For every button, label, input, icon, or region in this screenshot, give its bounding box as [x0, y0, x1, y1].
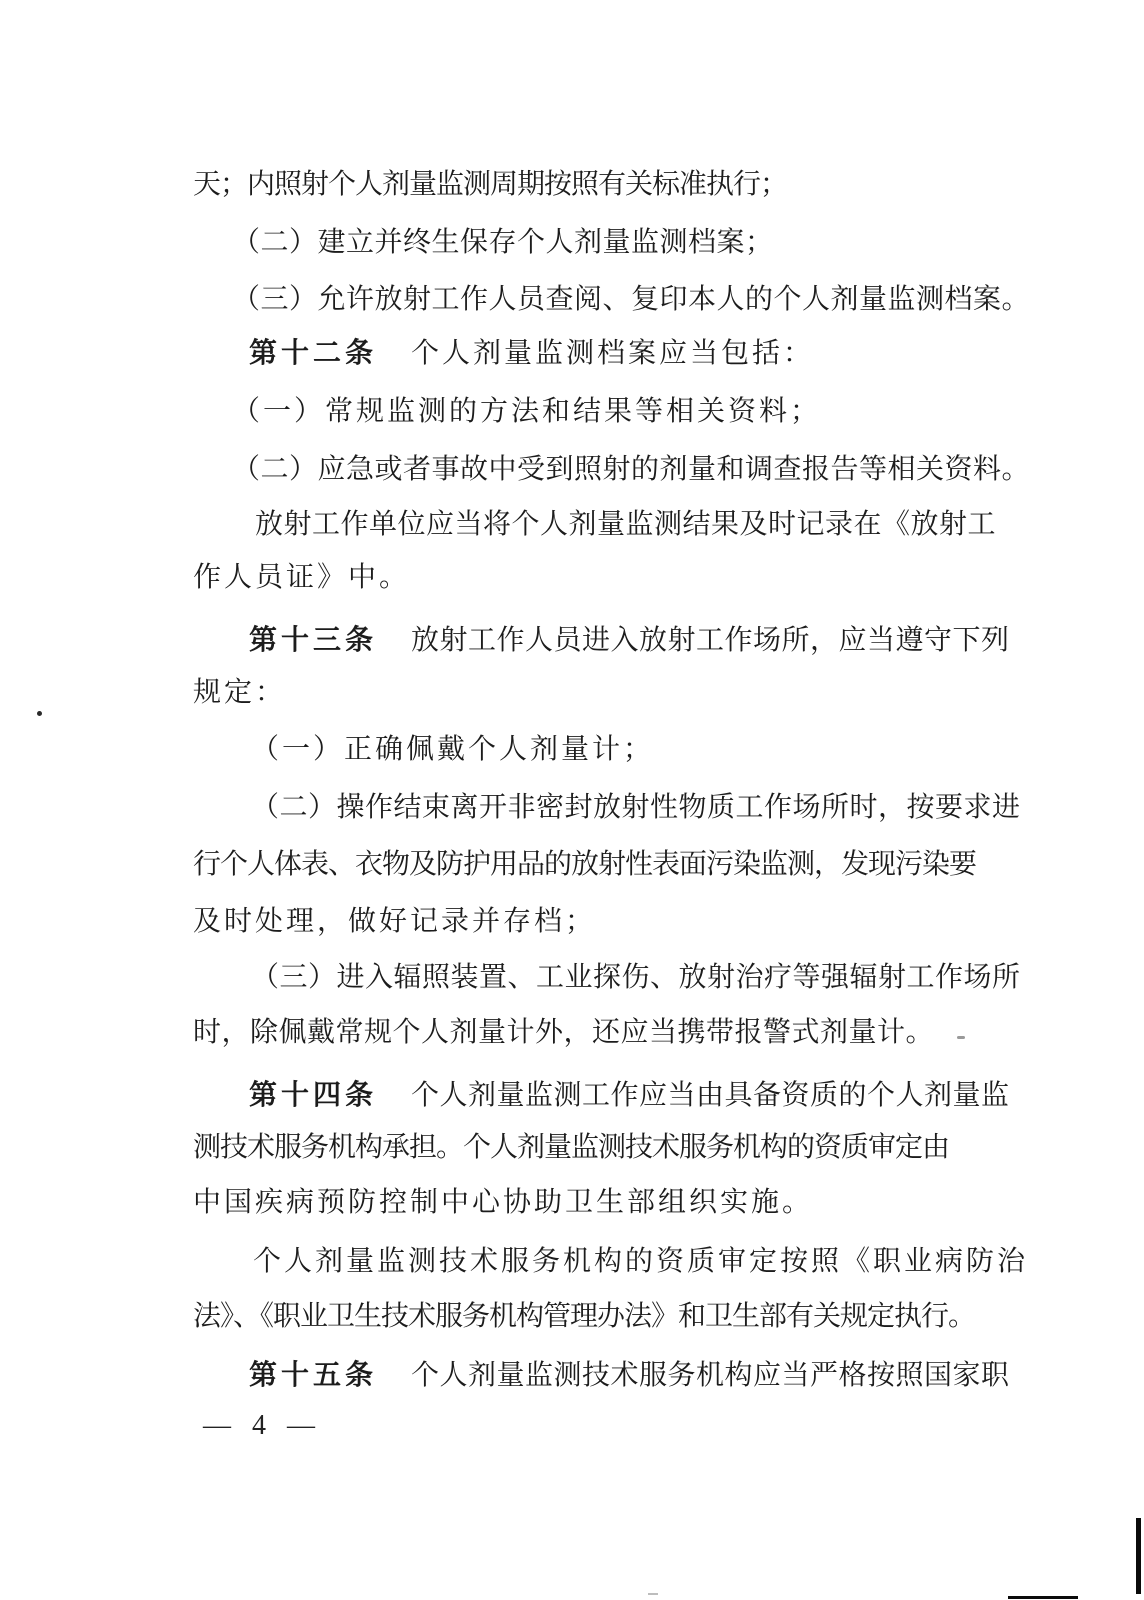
text-line: 时，除佩戴常规个人剂量计外，还应当携带报警式剂量计。	[193, 1016, 934, 1050]
binding-mark-horizontal	[1008, 1596, 1078, 1599]
article-line: 第十二条个人剂量监测档案应当包括：	[249, 336, 814, 371]
text-line: 中国疾病预防控制中心协助卫生部组织实施。	[193, 1186, 813, 1220]
text-line: 及时处理，做好记录并存档；	[193, 905, 596, 939]
text-line: 规定：	[193, 676, 286, 710]
scan-speck-dash	[957, 1036, 965, 1039]
text-line: （二）操作结束离开非密封放射性物质工作场所时，按要求进	[251, 791, 1021, 825]
text-line: （三）进入辐照装置、工业探伤、放射治疗等强辐射工作场所	[251, 961, 1021, 995]
article-text: 放射工作人员进入放射工作场所，应当遵守下列	[411, 625, 1010, 656]
text-line: 法》、《职业卫生技术服务机构管理办法》和卫生部有关规定执行。	[193, 1300, 975, 1334]
text-line: （一）正确佩戴个人剂量计；	[251, 733, 654, 767]
text-line: 测技术服务机构承担。个人剂量监测技术服务机构的资质审定由	[193, 1131, 949, 1165]
page-number: — 4 —	[203, 1410, 322, 1442]
text-line: （一）常规监测的方法和结果等相关资料；	[232, 395, 821, 429]
text-line: （二）建立并终生保存个人剂量监测档案；	[232, 226, 774, 260]
article-line: 第十四条个人剂量监测工作应当由具备资质的个人剂量监	[249, 1078, 1010, 1113]
article-number: 第十五条	[249, 1359, 377, 1390]
text-line: 行个人体表、衣物及防护用品的放射性表面污染监测，发现污染要	[193, 848, 976, 882]
text-line: （三）允许放射工作人员查阅、复印本人的个人剂量监测档案。	[232, 283, 1030, 317]
text-line: （二）应急或者事故中受到照射的剂量和调查报告等相关资料。	[232, 453, 1030, 487]
article-number: 第十四条	[249, 1079, 377, 1110]
article-text: 个人剂量监测档案应当包括：	[411, 338, 814, 369]
article-text: 个人剂量监测技术服务机构应当严格按照国家职	[411, 1360, 1010, 1391]
article-number: 第十二条	[249, 337, 377, 368]
scan-speck-faint	[648, 1593, 658, 1595]
document-page: 天；内照射个人剂量监测周期按照有关标准执行；（二）建立并终生保存个人剂量监测档案…	[0, 0, 1144, 1600]
text-line: 天；内照射个人剂量监测周期按照有关标准执行；	[193, 168, 787, 202]
binding-mark-vertical	[1136, 1518, 1141, 1594]
article-text: 个人剂量监测工作应当由具备资质的个人剂量监	[411, 1080, 1010, 1111]
article-number: 第十三条	[249, 624, 377, 655]
text-line: 作人员证》中。	[193, 561, 410, 595]
article-line: 第十三条放射工作人员进入放射工作场所，应当遵守下列	[249, 623, 1010, 658]
article-line: 第十五条个人剂量监测技术服务机构应当严格按照国家职	[249, 1358, 1010, 1393]
scan-speck-dot	[37, 711, 42, 716]
text-line: 放射工作单位应当将个人剂量监测结果及时记录在《放射工	[255, 508, 996, 542]
text-line: 个人剂量监测技术服务机构的资质审定按照《职业病防治	[253, 1245, 1028, 1279]
